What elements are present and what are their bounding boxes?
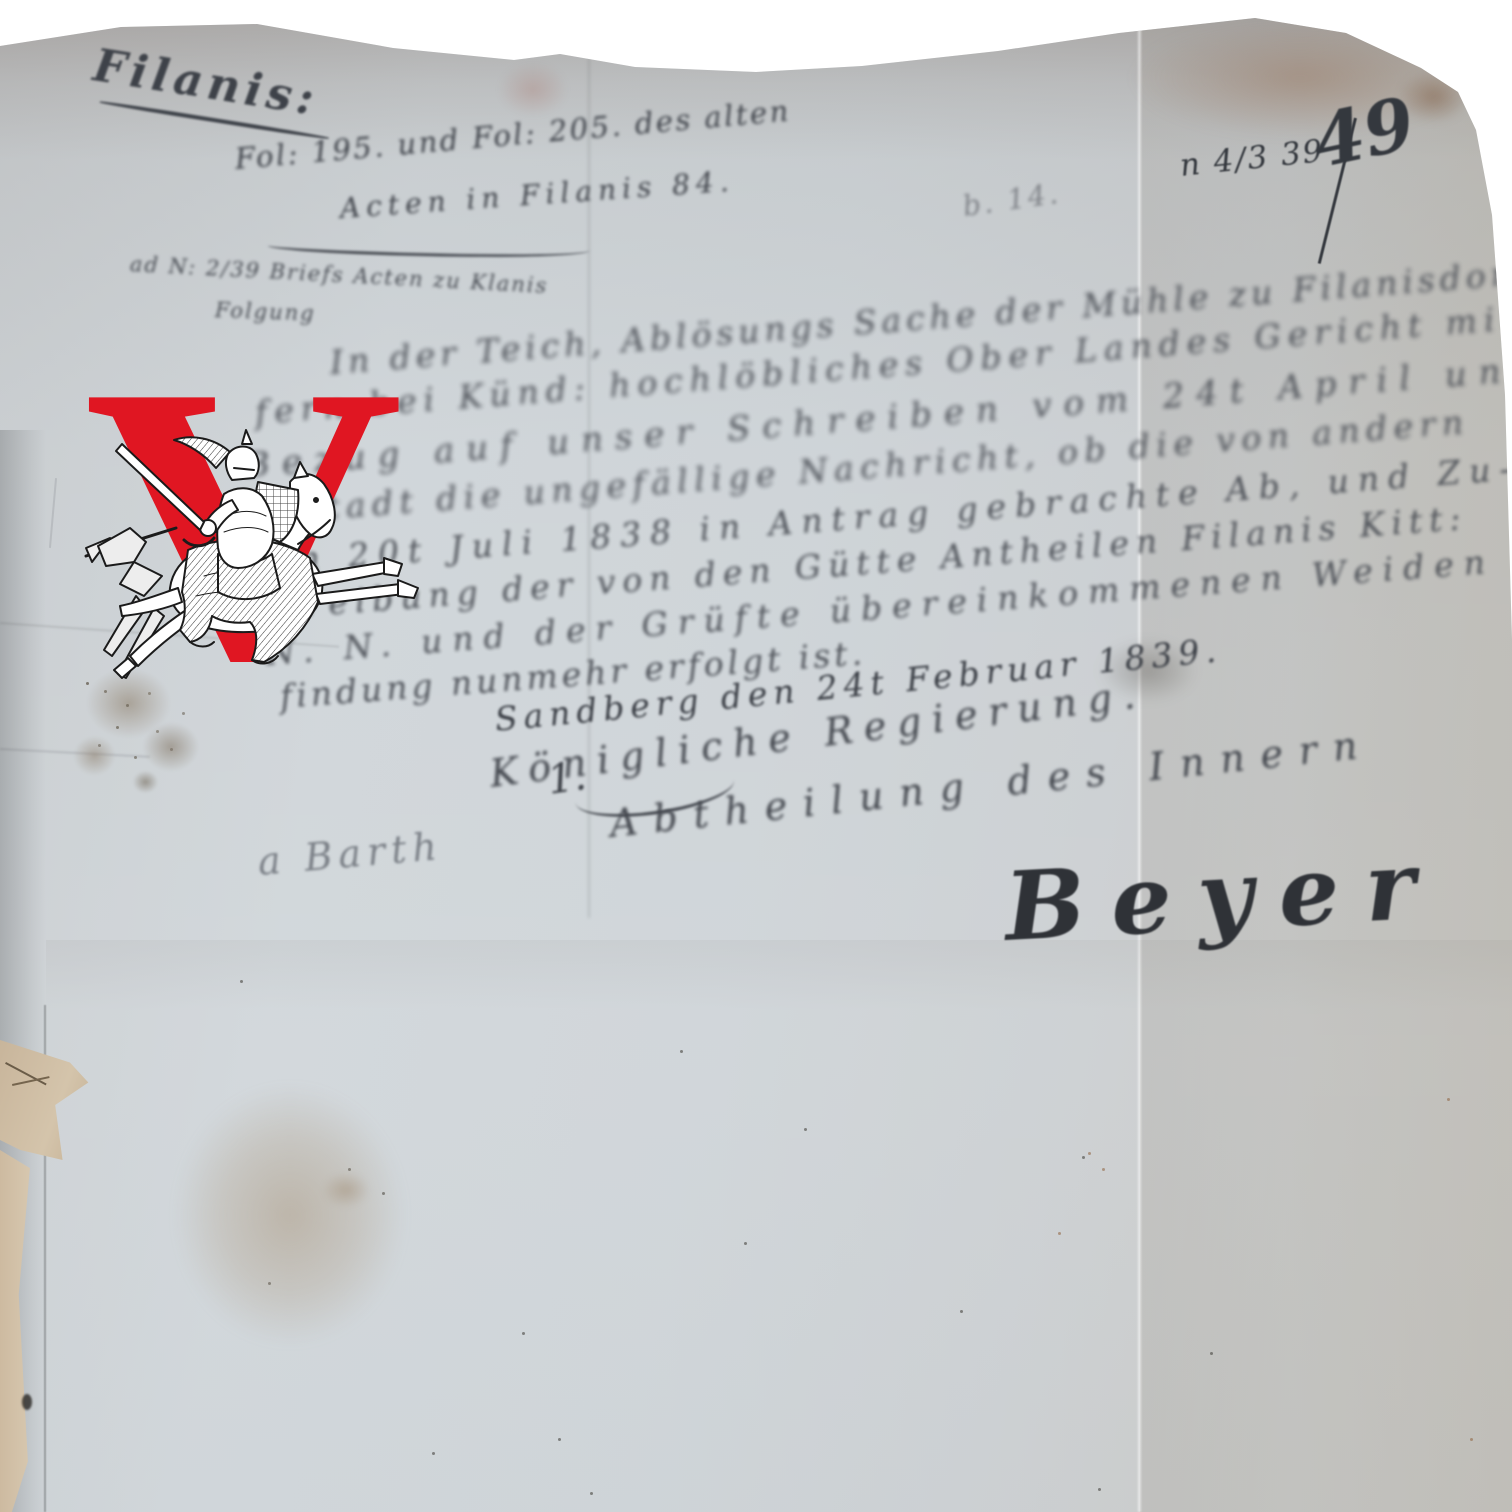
- signature: Beyer: [1002, 829, 1444, 963]
- torn-paper-piece-2: [0, 1150, 34, 1512]
- left-edge-shade: [0, 430, 46, 1512]
- tan-stain-small: [322, 1172, 370, 1208]
- pink-spot: [498, 62, 568, 117]
- reference-line-2: Acten in Filanis 84.: [339, 164, 736, 224]
- file-number: n 4/3 39: [1178, 133, 1326, 184]
- paper: Filanis: Fol: 195. und Fol: 205. des alt…: [0, 0, 1512, 1512]
- reference-underline: [267, 234, 589, 262]
- diagonal-crease-2: [0, 748, 150, 758]
- heading-handwritten: Filanis:: [90, 38, 323, 126]
- photo-stage: Filanis: Fol: 195. und Fol: 205. des alt…: [0, 0, 1512, 1512]
- top-edge-discoloration: [1130, 18, 1470, 138]
- paper-hole: [22, 1394, 32, 1410]
- pencil-note: b. 14.: [961, 176, 1063, 222]
- pencil-countersign: a Barth: [256, 824, 444, 884]
- paper-fiber-mark-2: [12, 1076, 50, 1086]
- horizontal-fold-band: [46, 940, 1512, 1010]
- knight-on-horseback-icon: [84, 426, 432, 718]
- watermark-logo: V: [80, 418, 440, 718]
- left-fold-edge-line: [44, 1005, 46, 1512]
- margin-note-line-1: ad N: 2/39 Briefs Acten zu Klanis: [129, 252, 549, 298]
- paper-fiber-mark-1: [5, 1062, 47, 1085]
- registry-flourish: 49: [1306, 80, 1422, 184]
- torn-paper-piece-1: [0, 1040, 92, 1165]
- tan-water-stain: [175, 1085, 405, 1345]
- diagonal-crease-3: [49, 478, 57, 548]
